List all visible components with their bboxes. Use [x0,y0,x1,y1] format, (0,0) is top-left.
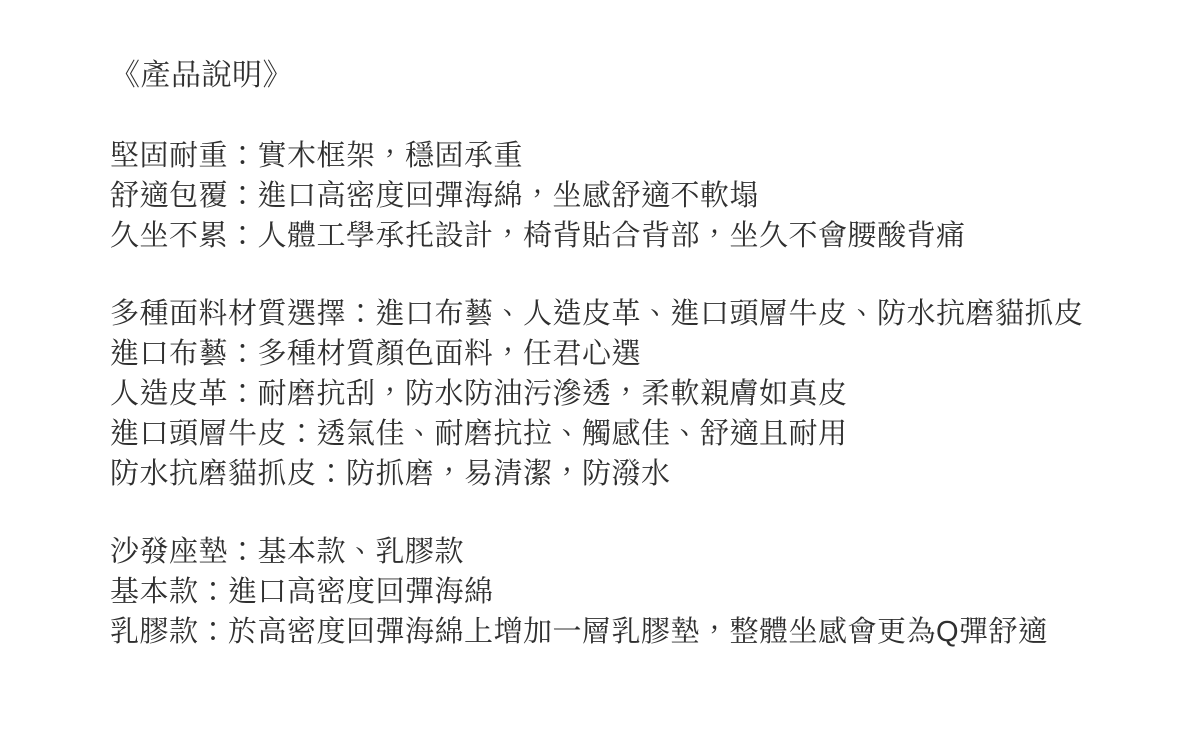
line-sturdy-weight: 堅固耐重：實木框架，穩固承重 [110,136,1160,176]
line-cat-scratch-fabric: 防水抗磨貓抓皮：防抓磨，易清潔，防潑水 [110,454,1160,494]
line-basic-cushion: 基本款：進口高密度回彈海綿 [110,572,1160,612]
line-faux-leather: 人造皮革：耐磨抗刮，防水防油污滲透，柔軟親膚如真皮 [110,374,1160,414]
line-material-options: 多種面料材質選擇：進口布藝、人造皮革、進口頭層牛皮、防水抗磨貓抓皮 [110,294,1160,334]
line-imported-fabric: 進口布藝：多種材質顏色面料，任君心選 [110,334,1160,374]
line-long-sitting: 久坐不累：人體工學承托設計，椅背貼合背部，坐久不會腰酸背痛 [110,216,1160,256]
line-latex-cushion: 乳膠款：於高密度回彈海綿上增加一層乳膠墊，整體坐感會更為Q彈舒適 [110,612,1160,652]
section-fabric-materials: 多種面料材質選擇：進口布藝、人造皮革、進口頭層牛皮、防水抗磨貓抓皮 進口布藝：多… [110,294,1160,494]
section-seat-cushion: 沙發座墊：基本款、乳膠款 基本款：進口高密度回彈海綿 乳膠款：於高密度回彈海綿上… [110,532,1160,652]
product-description-page: 《產品說明》 堅固耐重：實木框架，穩固承重 舒適包覆：進口高密度回彈海綿，坐感舒… [0,0,1200,736]
section-comfort-structure: 堅固耐重：實木框架，穩固承重 舒適包覆：進口高密度回彈海綿，坐感舒適不軟塌 久坐… [110,136,1160,256]
product-description: 《產品說明》 堅固耐重：實木框架，穩固承重 舒適包覆：進口高密度回彈海綿，坐感舒… [0,0,1200,652]
line-top-grain-leather: 進口頭層牛皮：透氣佳、耐磨抗拉、觸感佳、舒適且耐用 [110,414,1160,454]
page-title: 《產品說明》 [110,56,1160,96]
line-cushion-options: 沙發座墊：基本款、乳膠款 [110,532,1160,572]
line-comfort-wrap: 舒適包覆：進口高密度回彈海綿，坐感舒適不軟塌 [110,176,1160,216]
